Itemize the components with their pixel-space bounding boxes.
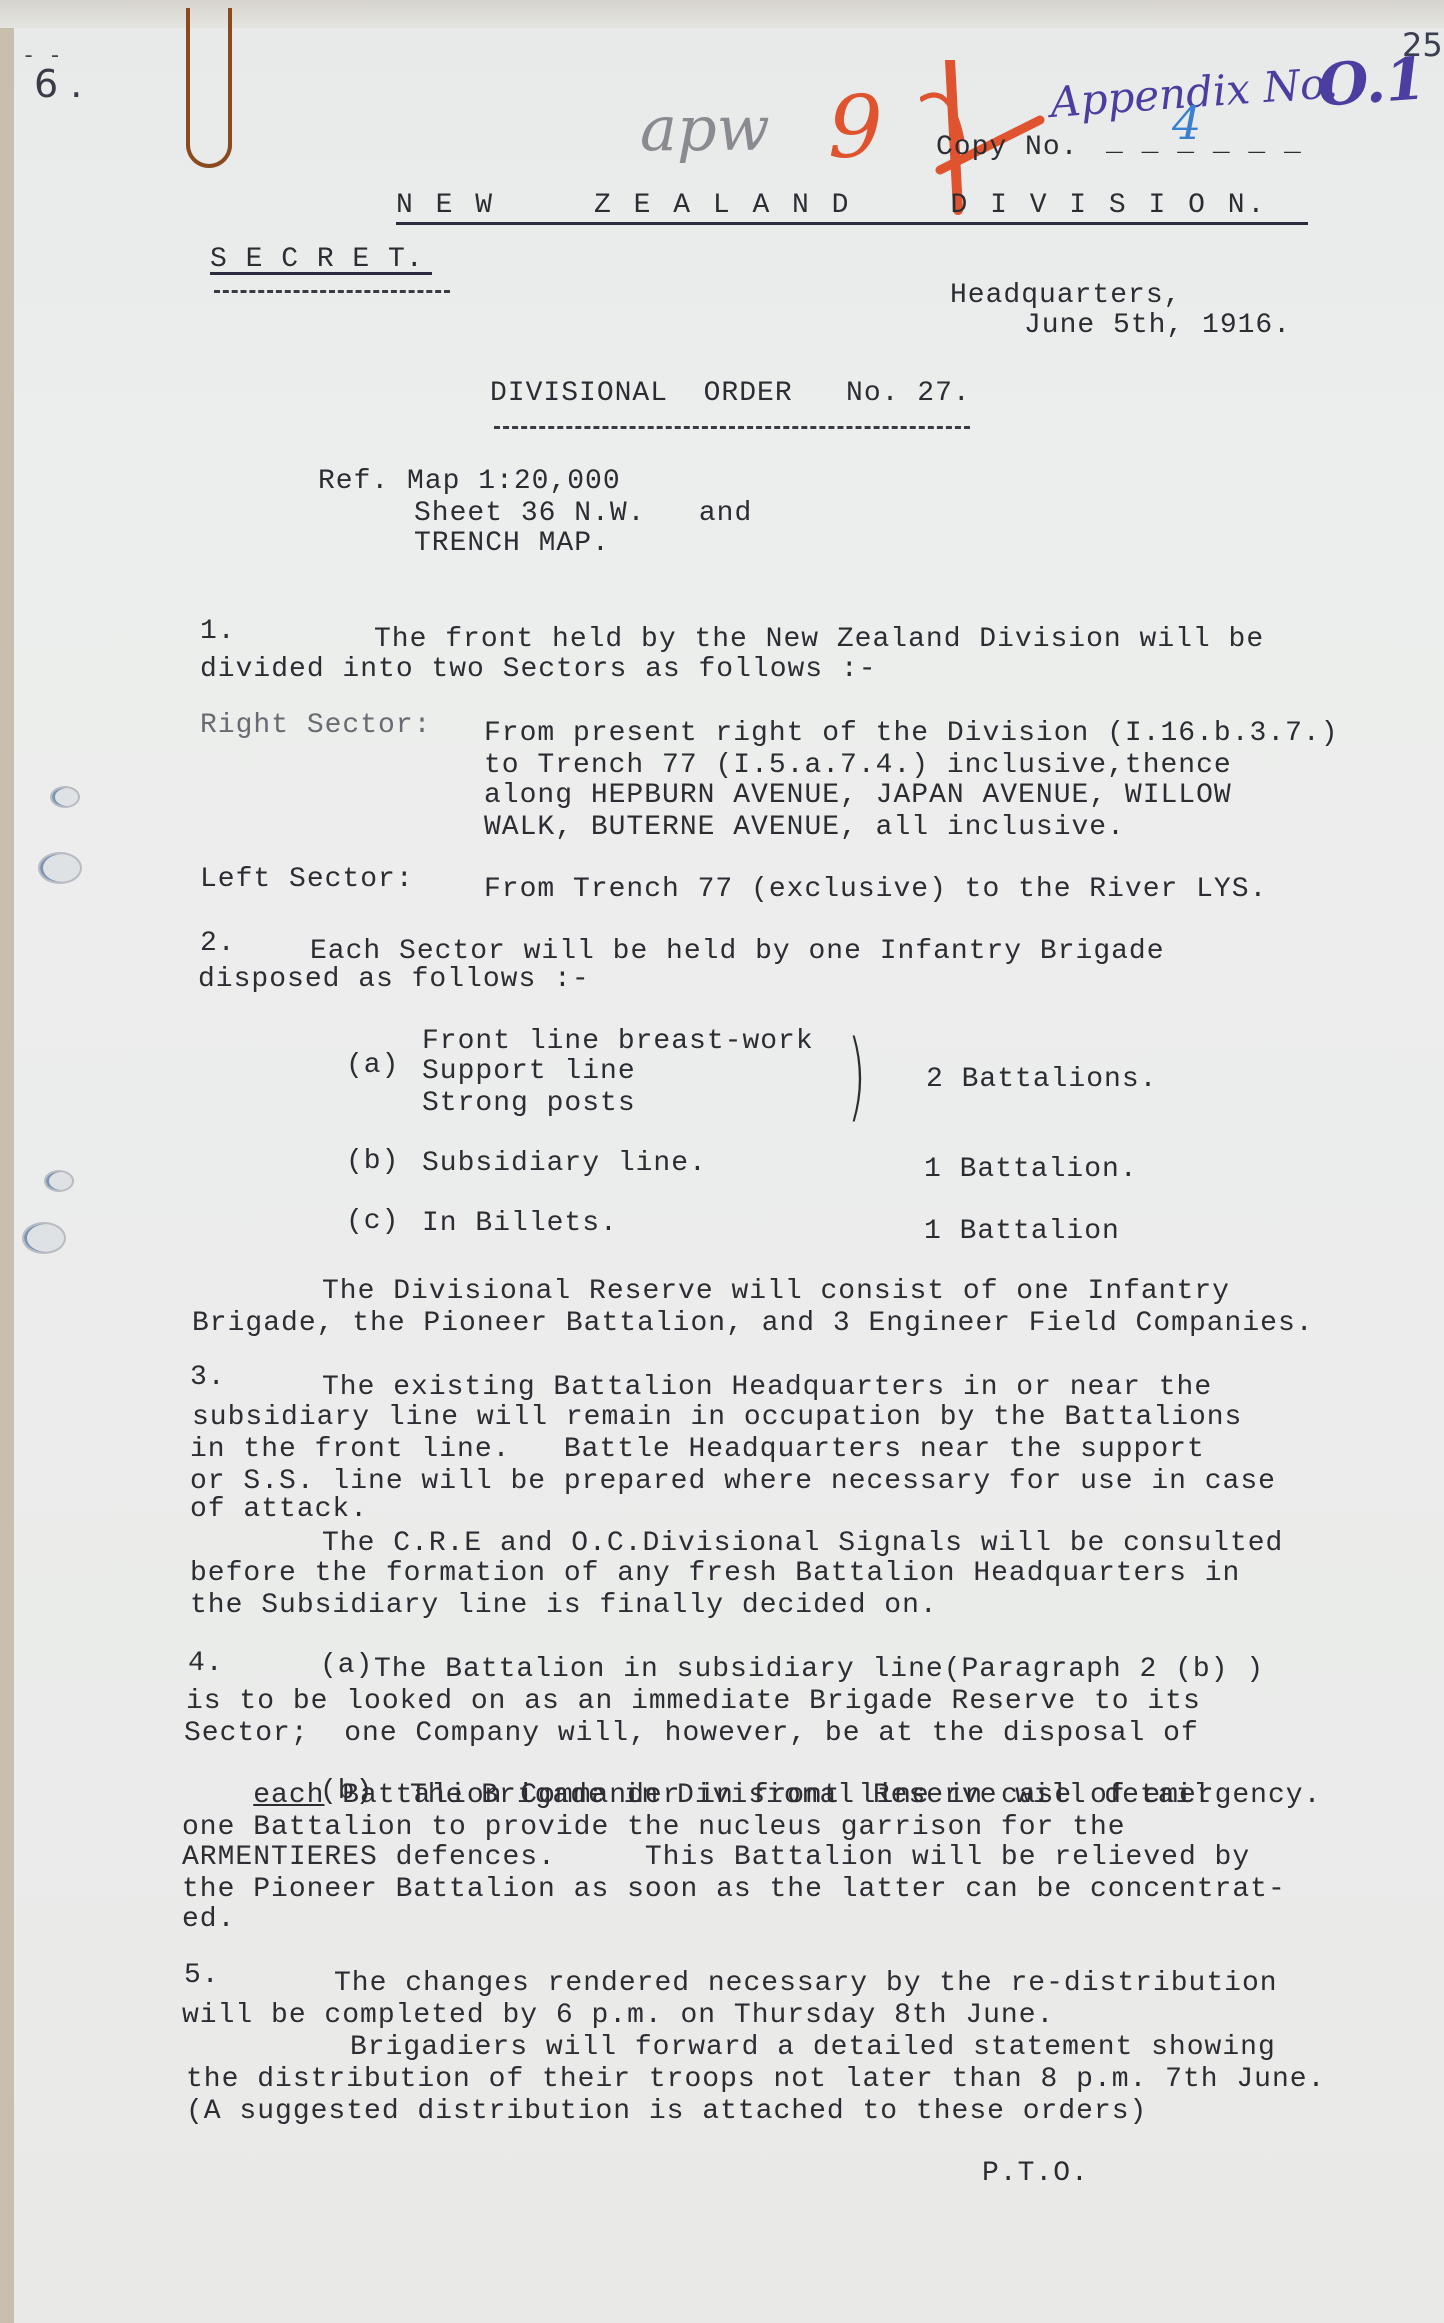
right-sector-label: Right Sector: xyxy=(200,710,431,742)
paragraph-number: 5. xyxy=(184,1960,220,1992)
paragraph-text: ed. xyxy=(182,1904,235,1936)
disposition-key: (b) xyxy=(346,1146,399,1178)
disposition-allocation: 1 Battalion. xyxy=(924,1154,1138,1186)
paragraph-text: The Brigade in Divisional Reserve will d… xyxy=(410,1780,1211,1812)
punch-hole-icon xyxy=(50,786,80,808)
right-sector-text: From present right of the Division (I.16… xyxy=(484,718,1339,750)
punch-hole-icon xyxy=(44,1170,74,1192)
copy-no-blank: _ _ _ _ _ _ xyxy=(1106,128,1302,160)
paragraph-text: one Battalion to provide the nucleus gar… xyxy=(182,1812,1126,1844)
pencil-note: apw xyxy=(640,92,770,165)
division-title-underline xyxy=(396,218,1308,225)
classification-underline xyxy=(210,268,432,275)
page-number: 6 . xyxy=(34,62,82,106)
disposition-item: Strong posts xyxy=(422,1088,636,1120)
punch-hole-icon xyxy=(22,1222,66,1254)
paragraph-text: The changes rendered necessary by the re… xyxy=(334,1968,1278,2000)
paragraph-text: in the front line. Battle Headquarters n… xyxy=(190,1434,1205,1466)
paragraph-text: the Subsidiary line is finally decided o… xyxy=(190,1590,938,1622)
paragraph-text: The Battalion in subsidiary line(Paragra… xyxy=(374,1654,1264,1686)
reserve-text: The Divisional Reserve will consist of o… xyxy=(322,1276,1230,1308)
reserve-text: Brigade, the Pioneer Battalion, and 3 En… xyxy=(192,1308,1314,1340)
paragraph-text: The C.R.E and O.C.Divisional Signals wil… xyxy=(322,1528,1283,1560)
paragraph-text: of attack. xyxy=(190,1494,368,1526)
paragraph-text: The existing Battalion Headquarters in o… xyxy=(322,1372,1212,1404)
paragraph-text: will be completed by 6 p.m. on Thursday … xyxy=(182,2000,1054,2032)
paragraph-text: divided into two Sectors as follows :- xyxy=(200,654,877,686)
order-title: DIVISIONAL ORDER No. 27. xyxy=(490,378,971,410)
copy-no-label: Copy No. xyxy=(936,132,1078,164)
disposition-item: In Billets. xyxy=(422,1208,618,1240)
paragraph-text: Sector; one Company will, however, be at… xyxy=(184,1718,1199,1750)
paragraph-text: Brigadiers will forward a detailed state… xyxy=(350,2032,1276,2064)
please-turn-over: P.T.O. xyxy=(982,2158,1089,2190)
paragraph-number: 2. xyxy=(200,928,236,960)
paragraph-number: 3. xyxy=(190,1362,226,1394)
paragraph-text: subsidiary line will remain in occupatio… xyxy=(192,1402,1242,1434)
red-circle-number: 9 xyxy=(828,78,883,178)
emphasis-each: each xyxy=(253,1780,324,1811)
paragraph-text: is to be looked on as an immediate Briga… xyxy=(186,1686,1201,1718)
headquarters-label: Headquarters, xyxy=(950,280,1181,312)
disposition-item: Front line breast-work xyxy=(422,1026,814,1058)
punch-hole-icon xyxy=(38,852,82,884)
order-title-underline xyxy=(494,426,970,429)
paragraph-number: 1. xyxy=(200,616,236,648)
disposition-allocation: 1 Battalion xyxy=(924,1216,1120,1248)
bracket-icon: ) xyxy=(847,1028,866,1124)
paragraph-text: before the formation of any fresh Battal… xyxy=(190,1558,1240,1590)
disposition-item: Subsidiary line. xyxy=(422,1148,707,1180)
paragraph-text: The front held by the New Zealand Divisi… xyxy=(374,624,1264,656)
paragraph-text: disposed as follows :- xyxy=(198,964,590,996)
right-sector-text: to Trench 77 (I.5.a.7.4.) inclusive,then… xyxy=(484,750,1232,782)
disposition-item: Support line xyxy=(422,1056,636,1088)
reference-map: Ref. Map 1:20,000 xyxy=(318,466,621,498)
left-sector-text: From Trench 77 (exclusive) to the River … xyxy=(484,874,1267,906)
right-sector-text: along HEPBURN AVENUE, JAPAN AVENUE, WILL… xyxy=(484,780,1232,812)
classification-dashes xyxy=(214,290,450,293)
document-date: June 5th, 1916. xyxy=(1024,310,1291,342)
disposition-key: (c) xyxy=(346,1206,399,1238)
subparagraph-key: (a) xyxy=(320,1650,373,1682)
reference-sheet: Sheet 36 N.W. and xyxy=(414,498,752,530)
paragraph-text: (A suggested distribution is attached to… xyxy=(186,2096,1147,2128)
paragraph-number: 4. xyxy=(188,1648,224,1680)
appendix-number: O.1 xyxy=(1316,44,1428,119)
subparagraph-key: (b) xyxy=(320,1776,373,1808)
paper-clip-icon xyxy=(186,8,232,168)
paragraph-text: ARMENTIERES defences. This Battalion wil… xyxy=(182,1842,1250,1874)
left-sector-label: Left Sector: xyxy=(200,864,414,896)
right-sector-text: WALK, BUTERNE AVENUE, all inclusive. xyxy=(484,812,1125,844)
paragraph-text: the distribution of their troops not lat… xyxy=(186,2064,1325,2096)
disposition-key: (a) xyxy=(346,1050,399,1082)
reference-trench-map: TRENCH MAP. xyxy=(414,528,610,560)
disposition-allocation: 2 Battalions. xyxy=(926,1064,1157,1096)
paragraph-text: the Pioneer Battalion as soon as the lat… xyxy=(182,1874,1286,1906)
